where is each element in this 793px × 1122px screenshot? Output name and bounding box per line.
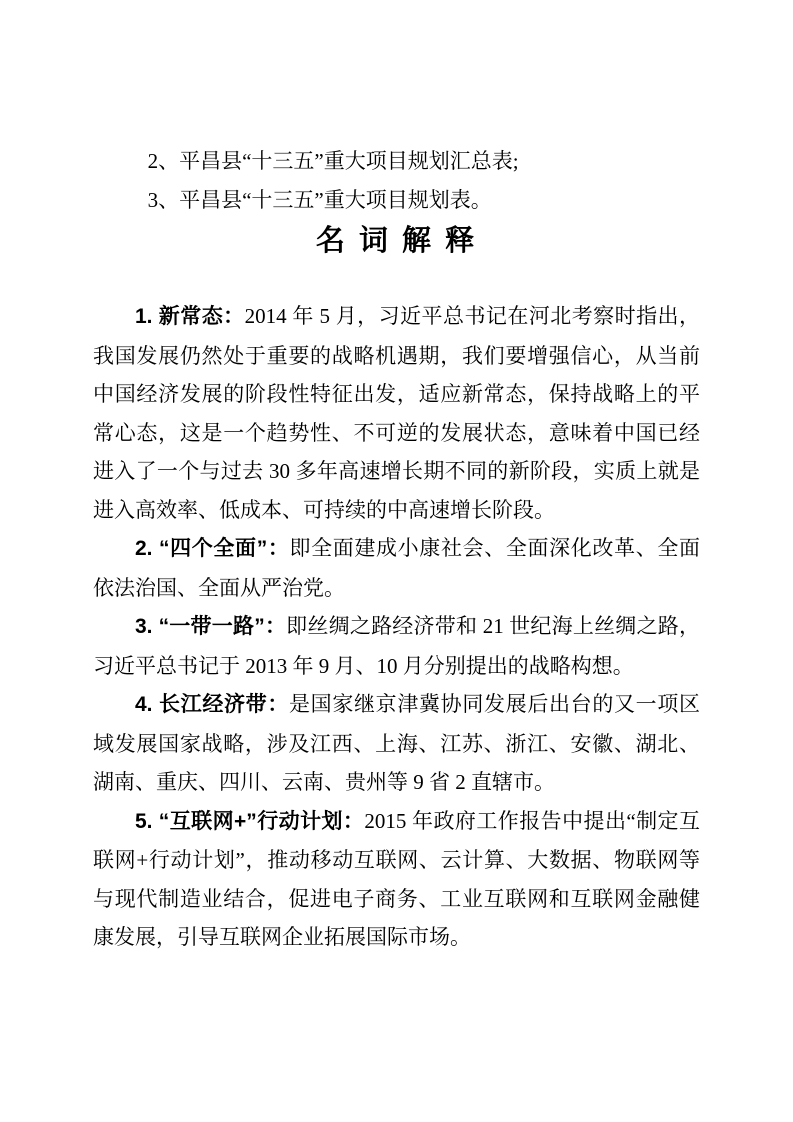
term-label: 2. “四个全面”： bbox=[135, 537, 289, 560]
page-content: 2、平昌县“十三五”重大项目规划汇总表; 3、平昌县“十三五”重大项目规划表。 … bbox=[93, 142, 700, 957]
term-paragraph-new-normal: 1. 新常态：2014 年 5 月，习近平总书记在河北考察时指出，我国发展仍然处… bbox=[93, 297, 700, 529]
attachment-item-3: 3、平昌县“十三五”重大项目规划表。 bbox=[93, 181, 700, 220]
term-label: 4. 长江经济带： bbox=[135, 693, 289, 716]
term-paragraph-four-comprehensives: 2. “四个全面”：即全面建成小康社会、全面深化改革、全面依法治国、全面从严治党… bbox=[93, 529, 700, 607]
term-label: 3. “一带一路”： bbox=[135, 615, 286, 638]
page-title: 名 词 解 释 bbox=[93, 221, 700, 261]
term-body: 2014 年 5 月，习近平总书记在河北考察时指出，我国发展仍然处于重要的战略机… bbox=[93, 304, 700, 522]
term-paragraph-yangtze-economic-belt: 4. 长江经济带：是国家继京津冀协同发展后出台的又一项区域发展国家战略，涉及江西… bbox=[93, 685, 700, 802]
document-page: { "page": { "background_color": "#ffffff… bbox=[0, 0, 793, 1122]
term-label: 1. 新常态： bbox=[135, 305, 245, 328]
term-paragraph-belt-and-road: 3. “一带一路”：即丝绸之路经济带和 21 世纪海上丝绸之路，习近平总书记于 … bbox=[93, 607, 700, 685]
term-paragraph-internet-plus: 5. “互联网+”行动计划：2015 年政府工作报告中提出“制定互联网+行动计划… bbox=[93, 802, 700, 957]
term-label: 5. “互联网+”行动计划： bbox=[135, 810, 364, 833]
attachment-item-2: 2、平昌县“十三五”重大项目规划汇总表; bbox=[93, 142, 700, 181]
